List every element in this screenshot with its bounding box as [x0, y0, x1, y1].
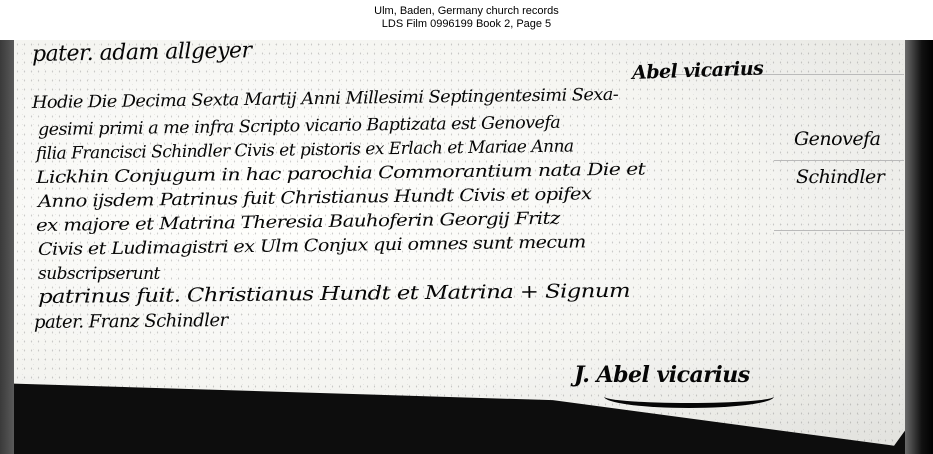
entry-line-4: Lickhin Conjugum in hac parochia Commora… [36, 159, 646, 188]
margin-note-surname: Schindler [796, 166, 884, 188]
caption-location: Ulm, Baden, Germany church records [0, 5, 933, 18]
ruled-line [774, 230, 904, 231]
entry-line-1: Hodie Die Decima Sexta Martij Anni Mille… [32, 85, 619, 113]
vicar-signature: J. Abel vicarius [574, 362, 750, 388]
page-binding-shadow [0, 40, 14, 454]
entry-line-9: patrinus fuit. Christianus Hundt et Matr… [38, 280, 630, 308]
caption-film-reference: LDS Film 0996199 Book 2, Page 5 [0, 18, 933, 31]
entry-line-3: filia Francisci Schindler Civis et pisto… [36, 136, 574, 164]
entry-line-5: Anno ijsdem Patrinus fuit Christianus Hu… [38, 184, 592, 212]
record-caption: Ulm, Baden, Germany church records LDS F… [0, 0, 933, 40]
scanned-record-image: pater. adam allgeyer Abel vicarius Hodie… [0, 40, 933, 454]
entry-line-8: subscripserunt [38, 264, 160, 284]
previous-entry-signature: Abel vicarius [632, 57, 764, 84]
entry-line-6: ex majore et Matrina Theresia Bauhoferin… [36, 209, 560, 236]
previous-entry-father-line: pater. adam allgeyer [32, 40, 252, 67]
entry-line-2: gesimi primi a me infra Scripto vicario … [38, 113, 561, 140]
ruled-line [774, 160, 904, 161]
entry-line-7: Civis et Ludimagistri ex Ulm Conjux qui … [38, 232, 586, 260]
margin-note-given-name: Genovefa [794, 128, 880, 150]
page-edge-shadow [905, 40, 933, 454]
signature-flourish [604, 385, 774, 408]
entry-line-10: pater. Franz Schindler [34, 310, 228, 333]
register-page: pater. adam allgeyer Abel vicarius Hodie… [14, 40, 912, 454]
